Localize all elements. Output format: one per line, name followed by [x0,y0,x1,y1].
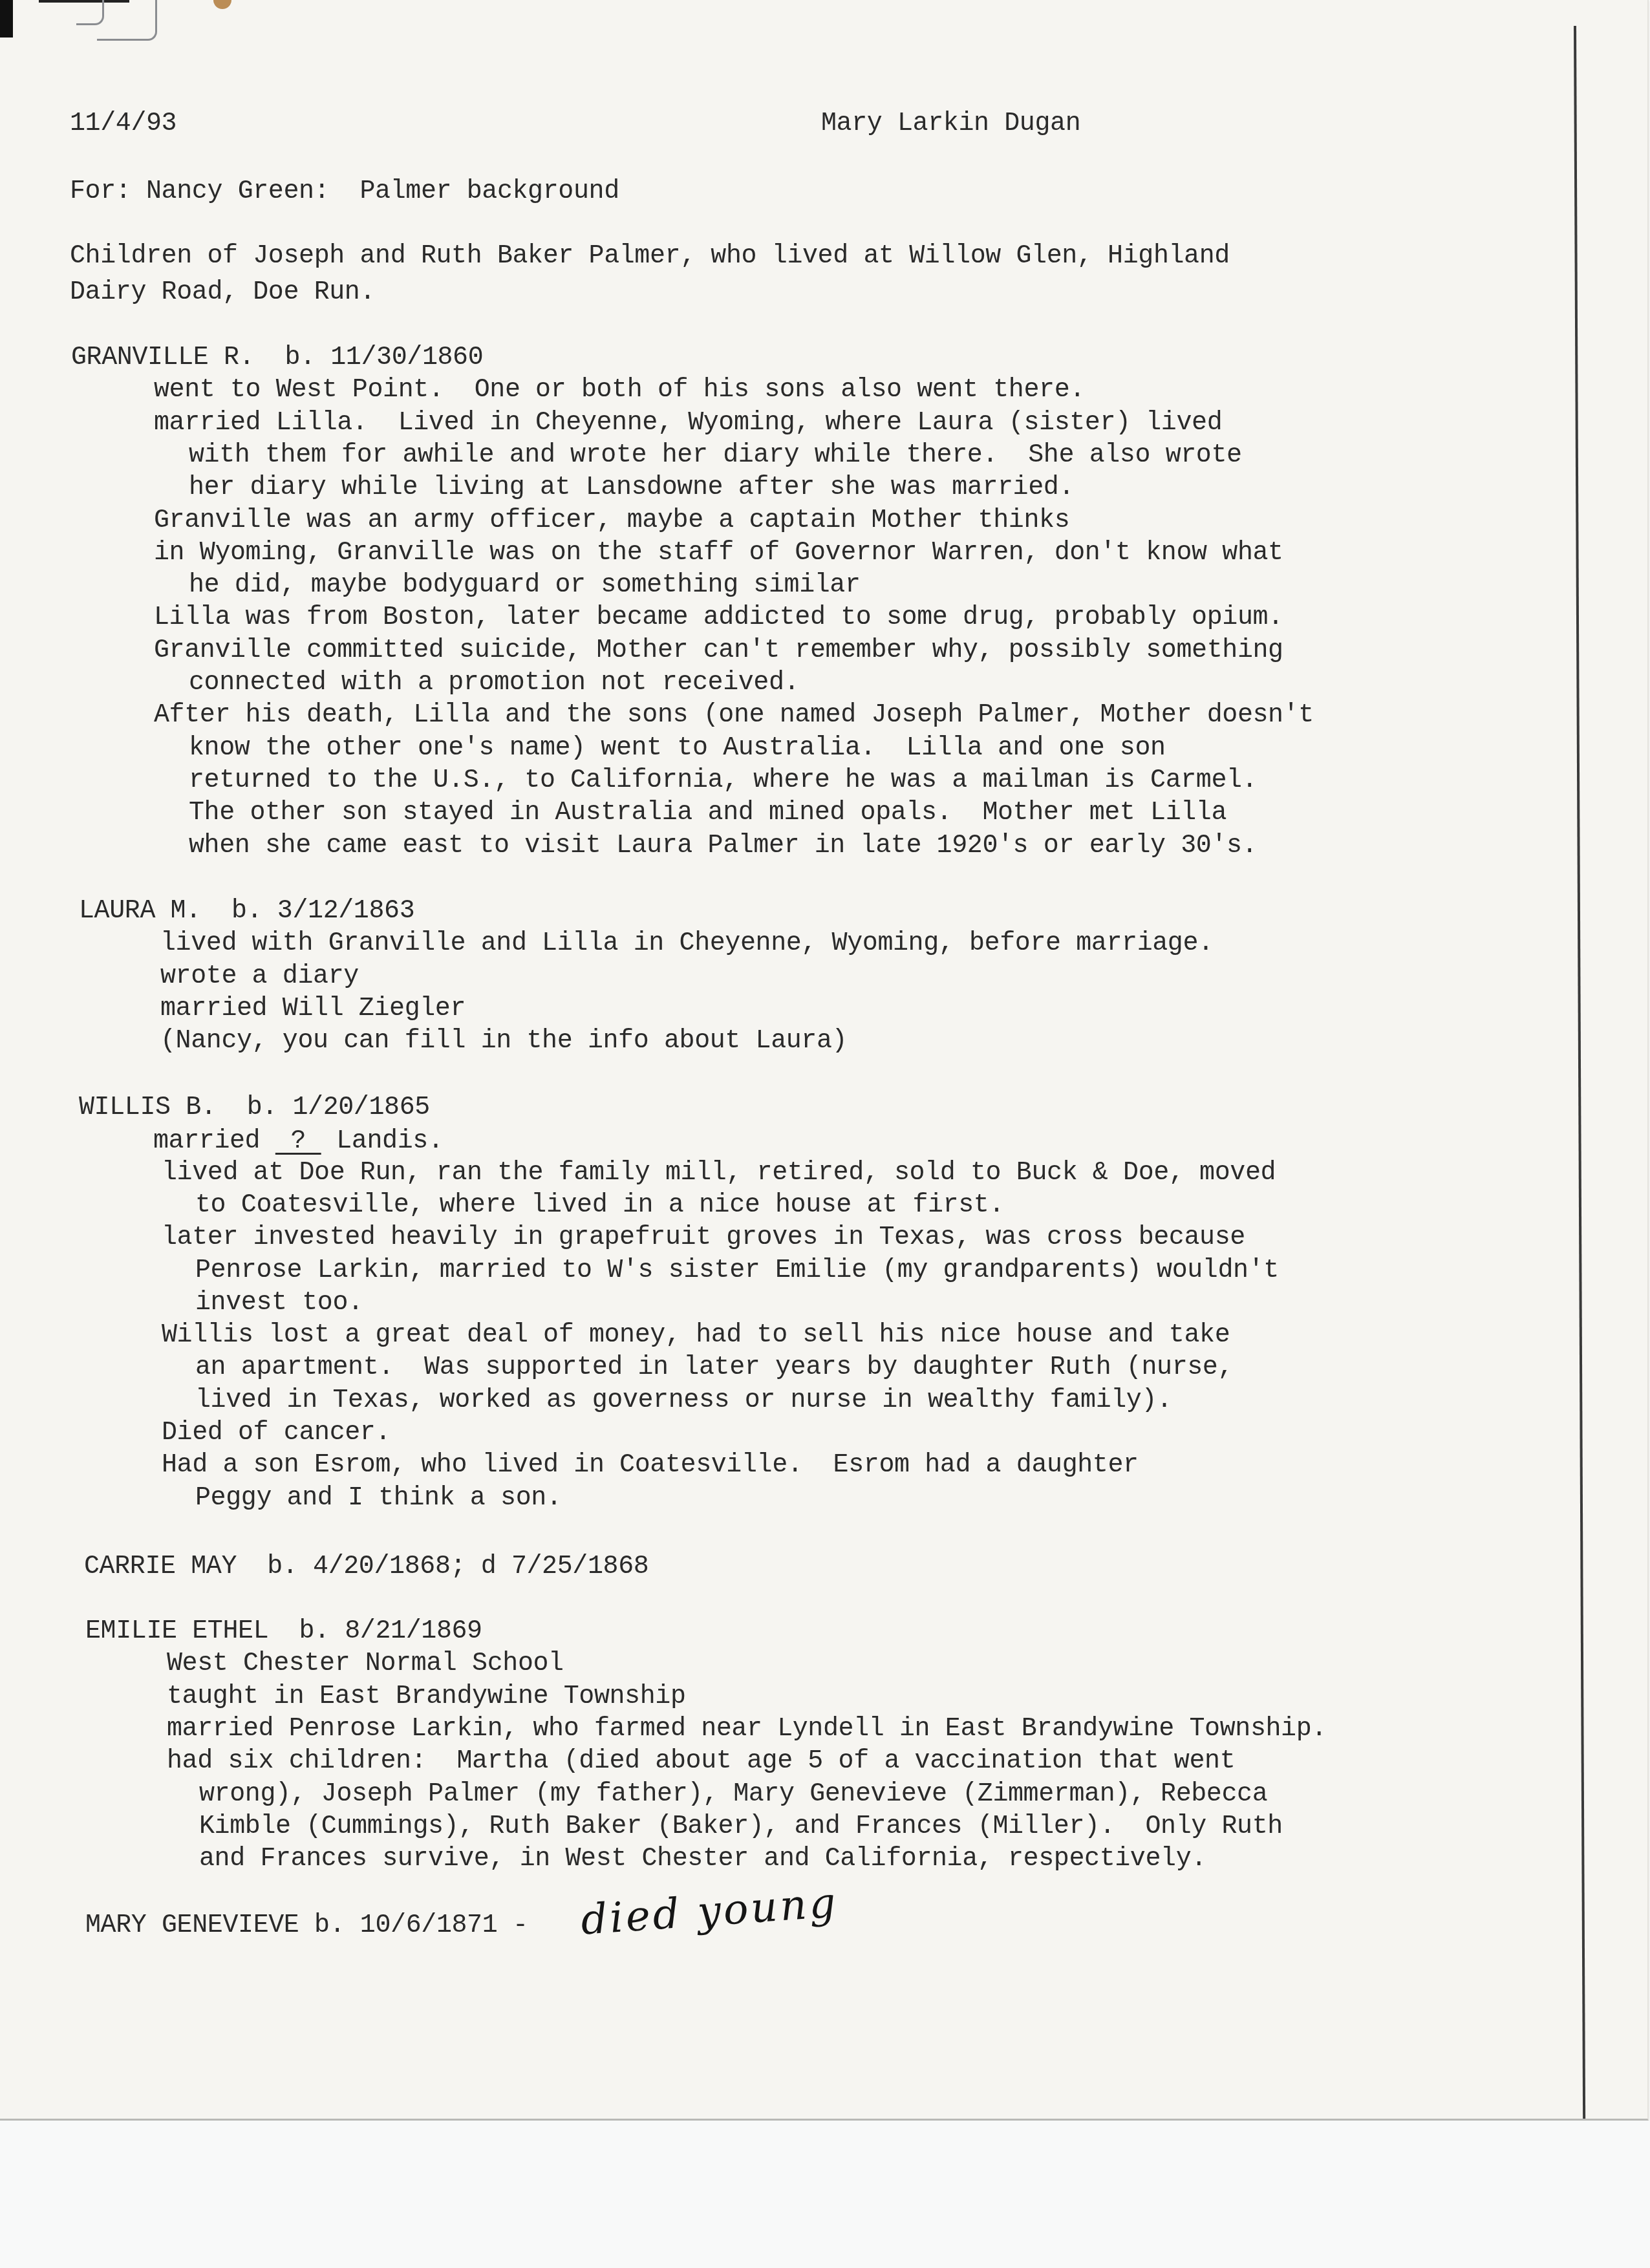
document-date: 11/4/93 [70,109,177,140]
note-continuation-line: wrong), Joseph Palmer (my father), Mary … [199,1779,1267,1810]
married-prefix: married [153,1127,275,1156]
scanner-bed [0,2121,1650,2268]
unknown-name-blank: ? [275,1127,321,1156]
note-line: lived at Doe Run, ran the family mill, r… [162,1158,1276,1189]
note-continuation-line: he did, maybe bodyguard or something sim… [189,570,861,601]
note-line: went to West Point. One or both of his s… [154,375,1085,406]
intro-line: Children of Joseph and Ruth Baker Palmer… [70,241,1230,272]
note-line: Died of cancer. [162,1418,391,1449]
note-line: Willis lost a great deal of money, had t… [162,1320,1230,1351]
note-line: Granville was an army officer, maybe a c… [154,506,1069,537]
margin-pen-line [1574,26,1585,2119]
child-heading: EMILIE ETHEL b. 8/21/1869 [85,1616,482,1647]
note-line: had six children: Martha (died about age… [167,1746,1235,1777]
note-continuation-line: an apartment. Was supported in later yea… [195,1353,1233,1384]
note-line: married Will Ziegler [160,994,466,1025]
willis-married-line: married ? Landis. [153,1126,444,1157]
note-line: After his death, Lilla and the sons (one… [154,700,1314,731]
note-line: Lilla was from Boston, later became addi… [154,603,1283,634]
recipient-line: For: Nancy Green: Palmer background [70,177,619,208]
note-continuation-line: The other son stayed in Australia and mi… [189,798,1227,829]
note-line: taught in East Brandywine Township [167,1682,686,1713]
note-line: lived with Granville and Lilla in Cheyen… [160,928,1214,959]
handwritten-note: died young [579,1879,840,1945]
note-line: West Chester Normal School [167,1649,564,1680]
child-heading: GRANVILLE R. b. 11/30/1860 [71,343,483,374]
note-continuation-line: Penrose Larkin, married to W's sister Em… [195,1256,1279,1287]
note-continuation-line: to Coatesville, where lived in a nice ho… [195,1190,1004,1221]
note-line: wrote a diary [160,961,359,992]
note-continuation-line: lived in Texas, worked as governess or n… [195,1385,1172,1417]
note-continuation-line: and Frances survive, in West Chester and… [199,1844,1206,1875]
child-heading: WILLIS B. b. 1/20/1865 [79,1093,430,1124]
child-heading: MARY GENEVIEVE b. 10/6/1871 - [85,1910,528,1942]
note-line: in Wyoming, Granville was on the staff o… [154,538,1283,569]
note-continuation-line: connected with a promotion not received. [189,668,799,699]
child-heading: CARRIE MAY b. 4/20/1868; d 7/25/1868 [84,1552,648,1583]
note-line: married Penrose Larkin, who farmed near … [167,1714,1327,1745]
married-suffix: Landis. [321,1127,444,1156]
note-continuation-line: Kimble (Cummings), Ruth Baker (Baker), a… [199,1812,1283,1843]
note-line: Had a son Esrom, who lived in Coatesvill… [162,1450,1139,1481]
note-continuation-line: returned to the U.S., to California, whe… [189,765,1257,797]
note-continuation-line: with them for awhile and wrote her diary… [189,440,1242,471]
note-continuation-line: Peggy and I think a son. [195,1483,562,1514]
stain-mark [213,0,231,9]
document-author: Mary Larkin Dugan [821,109,1080,140]
note-continuation-line: when she came east to visit Laura Palmer… [189,831,1257,862]
note-continuation-line: invest too. [195,1288,363,1319]
note-continuation-line: know the other one's name) went to Austr… [189,733,1166,764]
document-page: 11/4/93 Mary Larkin Dugan For: Nancy Gre… [0,0,1649,2121]
note-line: later invested heavily in grapefruit gro… [162,1223,1245,1254]
note-line: married Lilla. Lived in Cheyenne, Wyomin… [154,408,1222,439]
child-heading: LAURA M. b. 3/12/1863 [79,896,414,927]
note-continuation-line: her diary while living at Lansdowne afte… [189,473,1074,504]
intro-line: Dairy Road, Doe Run. [70,277,375,308]
binder-clip-icon [0,0,39,13]
note-line: Granville committed suicide, Mother can'… [154,636,1283,667]
note-line: (Nancy, you can fill in the info about L… [160,1026,847,1057]
